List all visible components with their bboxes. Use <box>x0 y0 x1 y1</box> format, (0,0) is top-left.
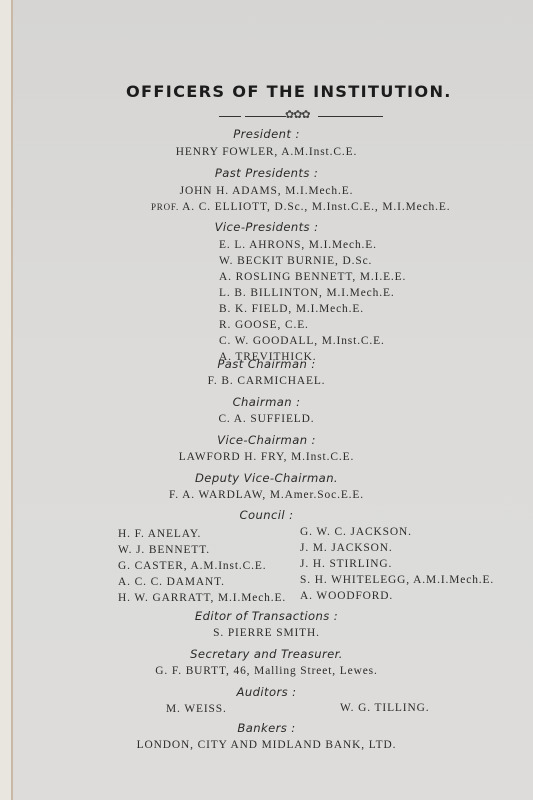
secretary-name: G. F. BURTT, 46, Malling Street, Lewes. <box>0 665 533 677</box>
past-presidents-heading: Past Presidents : <box>0 166 533 180</box>
vice-president-name: B. K. FIELD, M.I.Mech.E. <box>219 303 364 315</box>
council-member: A. WOODFORD. <box>300 590 393 602</box>
bankers-name: LONDON, CITY AND MIDLAND BANK, LTD. <box>0 739 533 751</box>
vice-president-name: A. ROSLING BENNETT, M.I.E.E. <box>219 271 406 283</box>
council-member: S. H. WHITELEGG, A.M.I.Mech.E. <box>300 574 494 586</box>
vice-president-name: E. L. AHRONS, M.I.Mech.E. <box>219 239 377 251</box>
council-member: A. C. C. DAMANT. <box>118 576 225 588</box>
vice-president-name: L. B. BILLINTON, M.I.Mech.E. <box>219 287 395 299</box>
council-heading: Council : <box>0 508 533 522</box>
divider-rule <box>318 116 383 117</box>
vice-president-name: W. BECKIT BURNIE, D.Sc. <box>219 255 372 267</box>
council-member: W. J. BENNETT. <box>118 544 210 556</box>
vice-president-name: R. GOOSE, C.E. <box>219 319 309 331</box>
bankers-heading: Bankers : <box>0 721 533 735</box>
title-prefix: Prof. <box>151 202 179 212</box>
ornament-divider: ✿✿✿ <box>219 111 383 121</box>
editor-name: S. PIERRE SMITH. <box>0 627 533 639</box>
chairman-heading: Chairman : <box>0 395 533 409</box>
past-chairman-name: F. B. CARMICHAEL. <box>0 375 533 387</box>
auditor-name: W. G. TILLING. <box>340 702 429 714</box>
divider-rule <box>245 116 286 117</box>
president-name: HENRY FOWLER, A.M.Inst.C.E. <box>0 146 533 158</box>
auditor-name: M. WEISS. <box>166 703 227 715</box>
flower-ornament-icon: ✿✿✿ <box>285 108 310 121</box>
council-member: G. W. C. JACKSON. <box>300 526 412 538</box>
council-member: J. M. JACKSON. <box>300 542 393 554</box>
past-president-name: JOHN H. ADAMS, M.I.Mech.E. <box>0 185 533 197</box>
secretary-heading: Secretary and Treasurer. <box>0 647 533 661</box>
deputy-vice-chairman-heading: Deputy Vice-Chairman. <box>0 471 533 485</box>
vice-chairman-name: LAWFORD H. FRY, M.Inst.C.E. <box>0 451 533 463</box>
vice-presidents-heading: Vice-Presidents : <box>0 220 533 234</box>
chairman-name: C. A. SUFFIELD. <box>0 413 533 425</box>
president-heading: President : <box>0 127 533 141</box>
past-chairman-heading: Past Chairman : <box>0 357 533 371</box>
council-member: J. H. STIRLING. <box>300 558 392 570</box>
vice-chairman-heading: Vice-Chairman : <box>0 433 533 447</box>
deputy-vice-chairman-name: F. A. WARDLAW, M.Amer.Soc.E.E. <box>0 489 533 501</box>
divider-rule <box>219 116 241 117</box>
past-president-entry: Prof. A. C. ELLIOTT, D.Sc., M.Inst.C.E.,… <box>151 201 451 213</box>
past-president-name: A. C. ELLIOTT, D.Sc., M.Inst.C.E., M.I.M… <box>182 201 450 213</box>
vice-president-name: C. W. GOODALL, M.Inst.C.E. <box>219 335 385 347</box>
auditors-heading: Auditors : <box>0 685 533 699</box>
council-member: G. CASTER, A.M.Inst.C.E. <box>118 560 267 572</box>
editor-heading: Editor of Transactions : <box>0 609 533 623</box>
council-member: H. W. GARRATT, M.I.Mech.E. <box>118 592 286 604</box>
page-title: OFFICERS OF THE INSTITUTION. <box>126 82 486 101</box>
council-member: H. F. ANELAY. <box>118 528 201 540</box>
